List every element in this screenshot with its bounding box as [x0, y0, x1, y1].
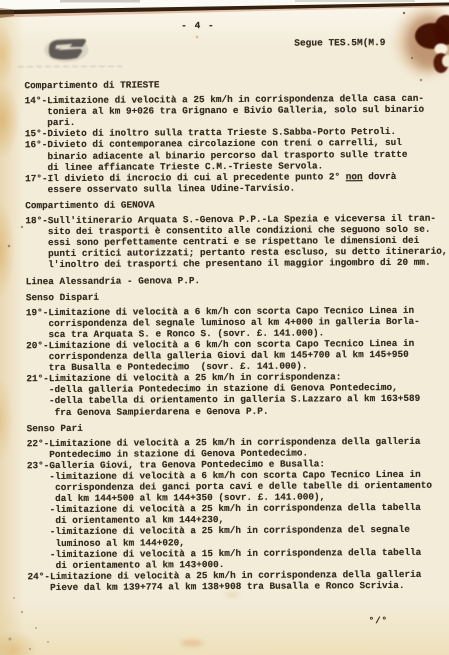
section-heading: Compartimento di GENOVA [25, 198, 446, 212]
list-item: 23°-Galleria Giovi, tra Genova Pontedeci… [27, 458, 449, 572]
list-item: 18°-Sull'itinerario Arquata S.-Genova P.… [25, 213, 446, 271]
section-heading: Compartimento di TRIESTE [24, 78, 445, 92]
continuation-mark: °/° [369, 616, 388, 626]
section-heading: Senso Pari [27, 420, 448, 434]
page-number: - 4 - [181, 20, 215, 31]
list-item: 20°-Limitazione di velocità a 6 km/h con… [26, 338, 447, 374]
section-heading: Senso Dispari [26, 289, 447, 303]
section-heading: Linea Alessandria - Genova P.P. [26, 273, 447, 287]
list-item: 16°-Divieto di contemporanea circolazion… [25, 137, 446, 173]
document-body: Compartimento di TRIESTE14°-Limitazione … [24, 78, 448, 594]
list-item: 21°-Limitazione di velocità a 25 km/h in… [26, 371, 447, 418]
list-item: 24°-Limitazione di velocità a 25 km/h in… [27, 568, 448, 593]
list-item: 22°-Limitazione di velocità a 25 km/h in… [27, 435, 448, 460]
list-item: 14°-Limitazione di velocità a 25 km/h in… [25, 93, 446, 129]
typed-sheet: - 4 - Segue TES.5M(M.9 Compartimento di … [0, 0, 449, 655]
scanned-document-page: - 4 - Segue TES.5M(M.9 Compartimento di … [0, 0, 449, 655]
list-item: 19°-Limitazione di velocità a 6 km/h con… [26, 304, 447, 340]
document-reference: Segue TES.5M(M.9 [294, 37, 385, 49]
fs-railways-logo-icon [42, 35, 92, 67]
list-item: 17°-Il divieto di incrocio di cui al pre… [25, 170, 446, 195]
